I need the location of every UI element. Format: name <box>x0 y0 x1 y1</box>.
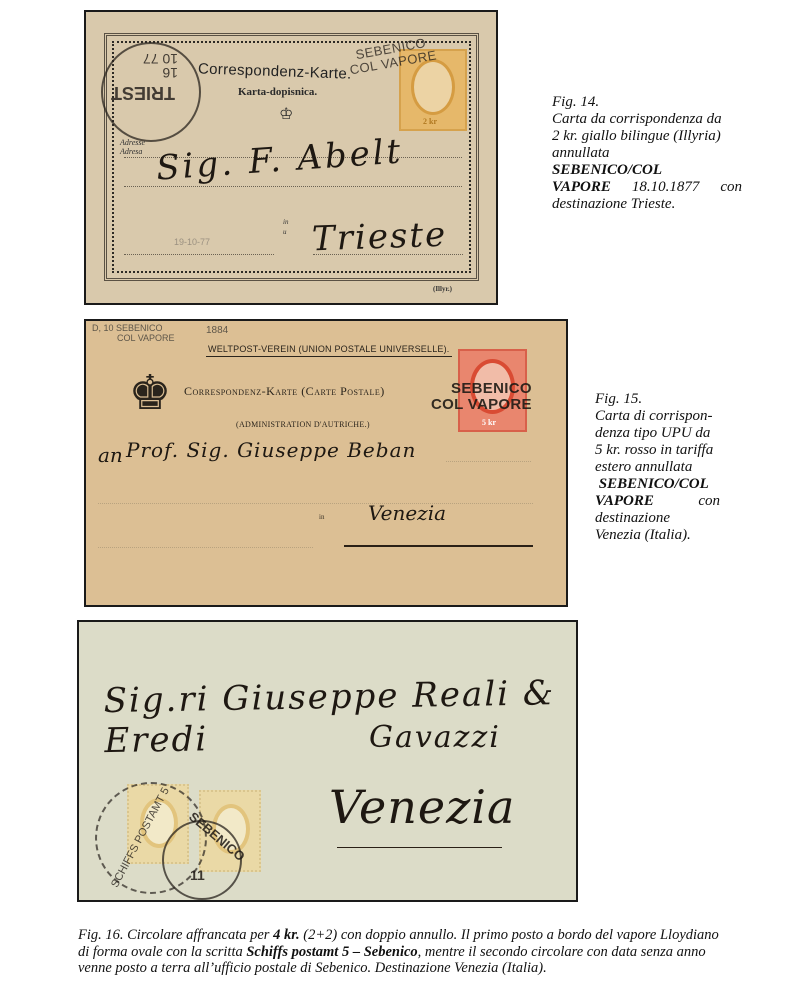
figure-15-caption: Fig. 15. Carta di corrispon- denza tipo … <box>595 391 720 544</box>
caption-line: Carta di corrispon- <box>595 408 720 425</box>
caption-line: 2 kr. giallo bilingue (Illyria) <box>552 128 742 145</box>
stamp-value: 5 kr <box>482 418 496 427</box>
emperor-portrait-oval <box>411 59 455 115</box>
caption-line: destinazione Trieste. <box>552 196 742 213</box>
cds-date: 11 <box>190 867 205 883</box>
caption-line: di forma ovale con la scritta Schiffs po… <box>78 944 798 961</box>
destination-underline <box>344 545 533 547</box>
handwritten-destination: Trieste <box>311 215 447 260</box>
caption-label: Fig. 16. <box>78 927 124 943</box>
figure-14-postcard-image: TRIEST 1610 77 Correspondenz-Karte. Kart… <box>84 10 498 305</box>
caption-line: denza tipo UPU da <box>595 425 720 442</box>
caption-label: Fig. 15. <box>595 391 720 408</box>
sebenico-col-vapore-cancel: SEBENICOCOL VAPORE <box>431 381 532 413</box>
stamp-value: 2 kr <box>423 117 437 126</box>
double-eagle-coat-of-arms-icon: ♚ <box>122 361 178 427</box>
in-label: in <box>319 513 324 521</box>
card-subheading: Karta-dopisnica. <box>238 86 317 98</box>
double-eagle-icon: ♔ <box>279 104 293 124</box>
caption-text: , mentre il secondo circolare con data s… <box>418 944 706 960</box>
caption-date: 18.10.1877 <box>632 179 700 196</box>
caption-bold: 4 kr. <box>273 927 300 943</box>
caption-line: Venezia (Italia). <box>595 527 720 544</box>
caption-bold: SEBENICO/COL <box>552 162 662 178</box>
caption-bold: VAPORE <box>552 179 611 196</box>
handwritten-destination: Venezia <box>368 501 446 525</box>
caption-line: Carta da corrispondenza da <box>552 111 742 128</box>
caption-bold: Schiffs postamt 5 – Sebenico <box>246 944 417 960</box>
caption-line: annullata <box>552 145 742 162</box>
card-admin-line: (ADMINISTRATION D'AUTRICHE.) <box>236 420 370 429</box>
caption-text: di forma ovale con la scritta <box>78 944 246 960</box>
address-line-1 <box>446 461 531 462</box>
an-label: an <box>98 443 123 467</box>
caption-bold: SEBENICO/COL <box>599 476 709 492</box>
handwritten-addressee-line-1: Sig.ri Giuseppe Reali & Eredi <box>103 673 576 761</box>
pencil-note: 19-10-77 <box>174 237 210 247</box>
address-line-3 <box>124 254 274 255</box>
caption-line: estero annullata <box>595 459 720 476</box>
figure-16-cover-image: Sig.ri Giuseppe Reali & Eredi Gavazzi Ve… <box>77 620 578 902</box>
figure-14-caption: Fig. 14. Carta da corrispondenza da 2 kr… <box>552 94 742 213</box>
postmark-town: TRIEST <box>111 82 175 103</box>
upu-header: WELTPOST-VEREIN (UNION POSTALE UNIVERSEL… <box>206 344 452 357</box>
caption-bold: VAPORE <box>595 493 654 510</box>
caption-text: (2+2) con doppio annullo. Il primo posto… <box>300 927 719 943</box>
handwritten-addressee-line-2: Gavazzi <box>369 720 501 755</box>
caption-line: destinazione <box>595 510 720 527</box>
handwritten-addressee: Prof. Sig. Giuseppe Beban <box>126 438 416 462</box>
address-line-2 <box>98 503 533 504</box>
address-label: AdresseAdresa <box>120 138 145 156</box>
card-heading: Correspondenz-Karte (Carte Postale) <box>184 384 385 399</box>
caption-word: con <box>698 493 720 510</box>
caption-label: Fig. 14. <box>552 94 742 111</box>
caption-line: venne posto a terra all’ufficio postale … <box>78 960 798 977</box>
handwritten-destination: Venezia <box>329 780 515 834</box>
pencil-note: D, 10 SEBENICO COL VAPORE <box>92 323 175 343</box>
caption-line: Fig. 16. Circolare affrancata per 4 kr. … <box>78 927 798 944</box>
caption-text: Circolare affrancata per <box>124 927 274 943</box>
caption-line: 5 kr. rosso in tariffa <box>595 442 720 459</box>
figure-16-caption: Fig. 16. Circolare affrancata per 4 kr. … <box>78 927 798 977</box>
caption-word: con <box>720 179 742 196</box>
destination-underline <box>337 847 502 848</box>
figure-15-postcard-image: D, 10 SEBENICO COL VAPORE 1884 WELTPOST-… <box>84 319 568 607</box>
pencil-year: 1884 <box>206 325 228 336</box>
in-u-label: inu <box>283 217 288 237</box>
address-line-3 <box>98 547 313 548</box>
postmark-date: 1610 77 <box>143 52 178 80</box>
imprint-illyr: (Illyr.) <box>433 285 452 293</box>
